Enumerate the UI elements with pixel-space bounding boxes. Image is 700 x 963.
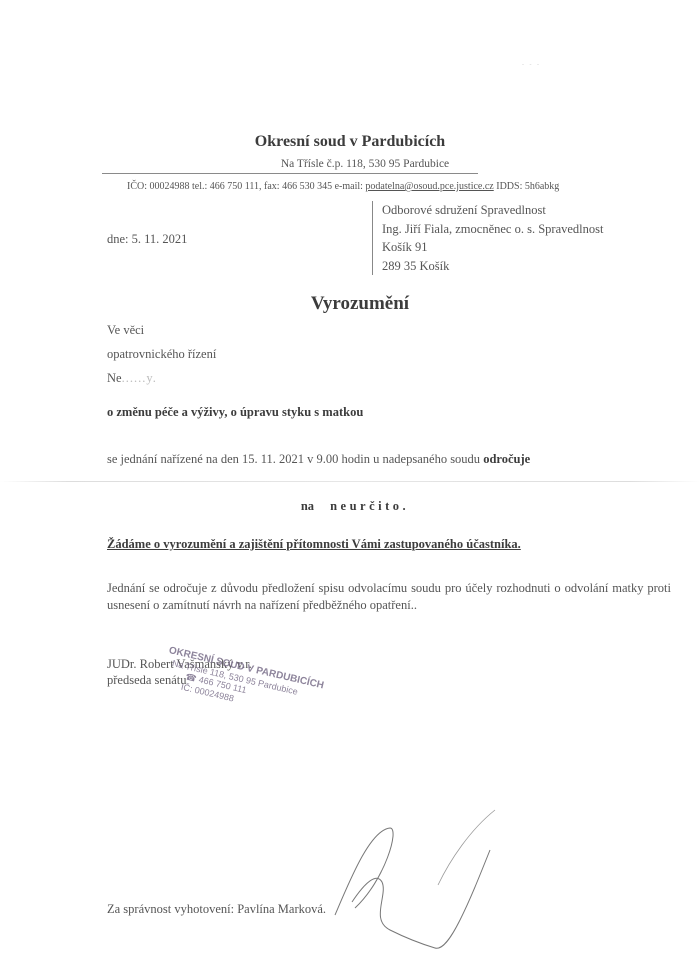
case-type: opatrovnického řízení [107, 342, 216, 366]
postponed-word: neurčito. [330, 499, 409, 513]
scan-artifact: - - - [522, 62, 541, 68]
header-divider [102, 173, 478, 174]
hearing-text: se jednání nařízené na den 15. 11. 2021 … [107, 452, 483, 466]
recipient-line: 289 35 Košík [382, 257, 603, 276]
case-intro: Ve věci [107, 318, 216, 342]
recipient-address: Odborové sdružení Spravedlnost Ing. Jiří… [372, 201, 603, 275]
document-date: dne: 5. 11. 2021 [107, 232, 187, 247]
data-box-id: IDDS: 5h6abkg [494, 181, 560, 192]
postponed-prefix: na [301, 499, 314, 513]
court-name: Okresní soud v Pardubicích [0, 133, 700, 151]
handwritten-signature [330, 790, 550, 963]
postponement-reason: Jednání se odročuje z důvodu předložení … [107, 580, 671, 614]
hearing-action: odročuje [483, 452, 530, 466]
recipient-line: Košík 91 [382, 238, 603, 257]
recipient-line: Ing. Jiří Fiala, zmocněnec o. s. Spraved… [382, 220, 603, 239]
contact-details: IČO: 00024988 tel.: 466 750 111, fax: 46… [127, 181, 365, 192]
case-subject: o změnu péče a výživy, o úpravu styku s … [107, 405, 363, 420]
postponed-notice: naneurčito. [0, 499, 700, 514]
request-statement: Žádáme o vyrozumění a zajištění přítomno… [107, 537, 521, 552]
court-email-link[interactable]: podatelna@osoud.pce.justice.cz [365, 181, 493, 192]
redacted-text: ......y. [122, 371, 157, 385]
case-party-name: Ne [107, 371, 122, 385]
case-party: Ne......y. [107, 366, 216, 390]
document-title: Vyrozumění [0, 293, 700, 315]
case-reference: Ve věci opatrovnického řízení Ne......y. [107, 318, 216, 390]
court-address: Na Třísle č.p. 118, 530 95 Pardubice [0, 158, 700, 170]
recipient-line: Odborové sdružení Spravedlnost [382, 201, 603, 220]
court-contact-line: IČO: 00024988 tel.: 466 750 111, fax: 46… [127, 181, 559, 192]
scan-line [0, 481, 700, 482]
prepared-by: Za správnost vyhotovení: Pavlína Marková… [107, 902, 326, 917]
hearing-notice: se jednání nařízené na den 15. 11. 2021 … [107, 452, 530, 467]
